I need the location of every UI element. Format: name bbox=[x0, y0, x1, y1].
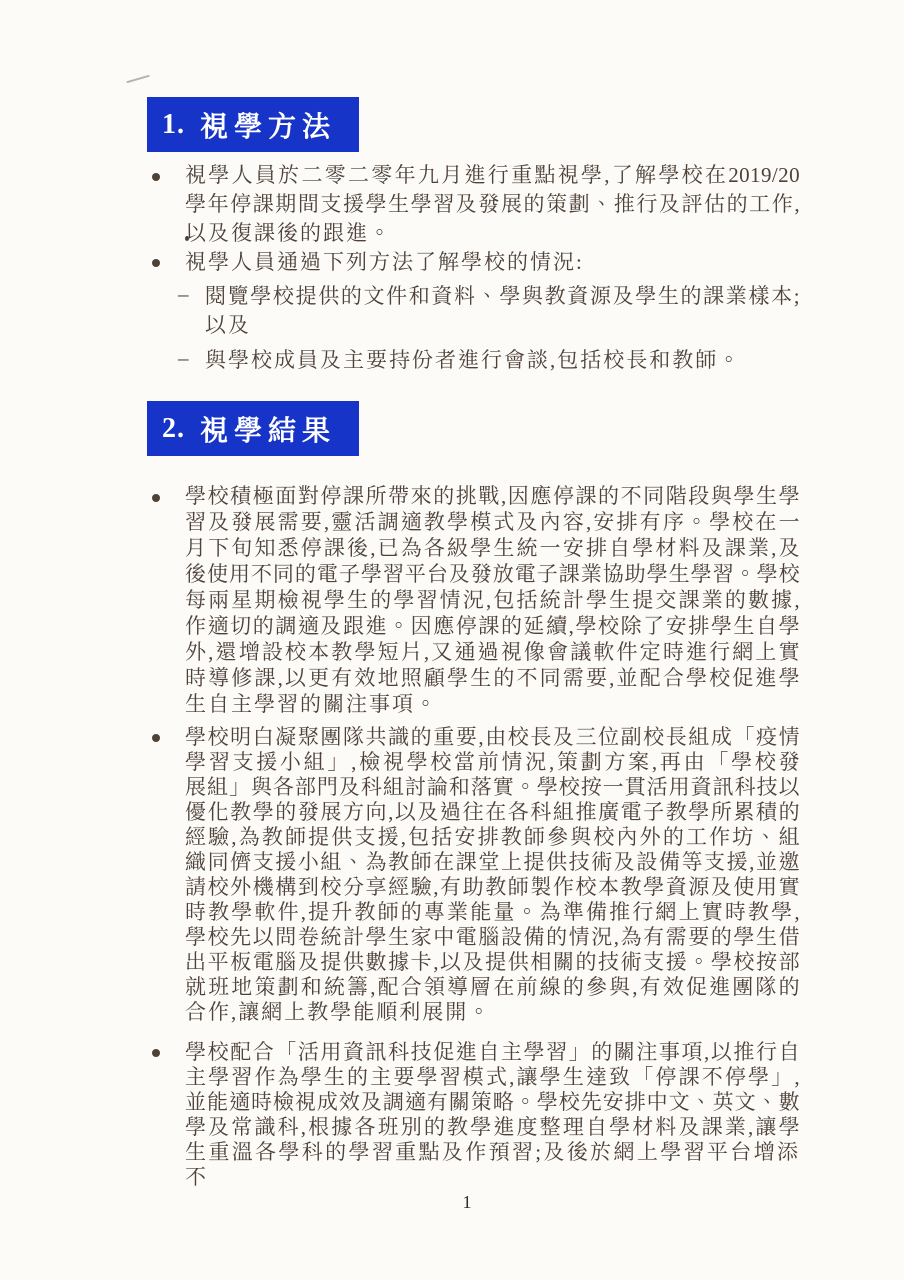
paragraph: 學校配合「活用資訊科技促進自主學習」的關注事項,以推行自主學習作為學生的主要學習… bbox=[185, 1040, 800, 1190]
text-line: 經驗,為教師提供支援,包括安排教師參與校內外的工作坊、組 bbox=[185, 825, 800, 850]
text-line: 後使用不同的電子學習平台及發放電子課業協助學生學習。學校 bbox=[185, 561, 800, 587]
bullet-item: 學校明白凝聚團隊共識的重要,由校長及三位副校長組成「疫情學習支援小組」,檢視學校… bbox=[150, 725, 904, 1025]
text-line: 視學人員通過下列方法了解學校的情況: bbox=[185, 248, 800, 277]
text-line: 學校明白凝聚團隊共識的重要,由校長及三位副校長組成「疫情 bbox=[185, 725, 800, 750]
text-line: 織同儕支援小組、為教師在課堂上提供技術及設備等支援,並邀 bbox=[185, 850, 800, 875]
text-line: 與學校成員及主要持份者進行會談,包括校長和教師。 bbox=[205, 346, 800, 375]
bullet-item: 學校積極面對停課所帶來的挑戰,因應停課的不同階段與學生學習及發展需要,靈活調適教… bbox=[150, 483, 904, 717]
bullet-item: 視學人員於二零二零年九月進行重點視學,了解學校在2019/20學年停課期間支援學… bbox=[150, 161, 904, 248]
text-line: 生重溫各學科的學習重點及作預習;及後於網上學習平台增添不 bbox=[185, 1140, 800, 1190]
paragraph: 學校積極面對停課所帶來的挑戰,因應停課的不同階段與學生學習及發展需要,靈活調適教… bbox=[185, 483, 800, 717]
paragraph: 視學人員於二零二零年九月進行重點視學,了解學校在2019/20學年停課期間支援學… bbox=[185, 161, 800, 248]
text-line: 習及發展需要,靈活調適教學模式及內容,安排有序。學校在一 bbox=[185, 509, 800, 535]
text-line: 每兩星期檢視學生的學習情況,包括統計學生提交課業的數據, bbox=[185, 587, 800, 613]
text-line: 月下旬知悉停課後,已為各級學生統一安排自學材料及課業,及 bbox=[185, 535, 800, 561]
bullet-dot-icon bbox=[150, 248, 185, 277]
section-title: 視學結果 bbox=[200, 409, 336, 449]
paragraph: 學校明白凝聚團隊共識的重要,由校長及三位副校長組成「疫情學習支援小組」,檢視學校… bbox=[185, 725, 800, 1025]
text-line: 學校積極面對停課所帶來的挑戰,因應停課的不同階段與學生學 bbox=[185, 483, 800, 509]
text-line: 作適切的調適及跟進。因應停課的延續,學校除了安排學生自學 bbox=[185, 613, 800, 639]
text-line: 學年停課期間支援學生學習及發展的策劃、推行及評估的工作, bbox=[185, 190, 800, 219]
text-line: 並能適時檢視成效及調適有關策略。學校先安排中文、英文、數 bbox=[185, 1090, 800, 1115]
text-line: 就班地策劃和統籌,配合領導層在前線的參與,有效促進團隊的 bbox=[185, 975, 800, 1000]
bullet-dot-icon bbox=[150, 483, 185, 717]
text-line: 學及常識科,根據各班別的教學進度整理自學材料及課業,讓學 bbox=[185, 1115, 800, 1140]
text-line: 時導修課,以更有效地照顧學生的不同需要,並配合學校促進學 bbox=[185, 665, 800, 691]
text-line: 出平板電腦及提供數據卡,以及提供相關的技術支援。學校按部 bbox=[185, 950, 800, 975]
dash-icon: – bbox=[178, 346, 205, 375]
section-number: 1. bbox=[162, 109, 185, 141]
text-line: 請校外機構到校分享經驗,有助教師製作校本教學資源及使用實 bbox=[185, 875, 800, 900]
bullet-dot-icon bbox=[150, 725, 185, 1025]
scan-artifact bbox=[185, 236, 189, 241]
text-line: 學校先以問卷統計學生家中電腦設備的情況,為有需要的學生借 bbox=[185, 925, 800, 950]
sub-bullet-item: –與學校成員及主要持份者進行會談,包括校長和教師。 bbox=[178, 346, 904, 375]
text-line: 展組」與各部門及科組討論和落實。學校按一貫活用資訊科技以 bbox=[185, 775, 800, 800]
scanned-document-page: 1.視學方法視學人員於二零二零年九月進行重點視學,了解學校在2019/20學年停… bbox=[0, 0, 904, 1280]
bullet-dot-icon bbox=[150, 1040, 185, 1190]
text-line: 時教學軟件,提升教師的專業能量。為準備推行網上實時教學, bbox=[185, 900, 800, 925]
text-line: 視學人員於二零二零年九月進行重點視學,了解學校在2019/20 bbox=[185, 161, 800, 190]
paragraph: 閱覽學校提供的文件和資料、學與教資源及學生的課業樣本;以及 bbox=[205, 282, 800, 340]
text-line: 以及 bbox=[205, 311, 800, 340]
dash-icon: – bbox=[178, 282, 205, 340]
section-number: 2. bbox=[162, 413, 185, 445]
bullet-item: 視學人員通過下列方法了解學校的情況: bbox=[150, 248, 904, 277]
paragraph: 視學人員通過下列方法了解學校的情況: bbox=[185, 248, 800, 277]
text-line: 學校配合「活用資訊科技促進自主學習」的關注事項,以推行自 bbox=[185, 1040, 800, 1065]
section-header: 1.視學方法 bbox=[147, 97, 359, 152]
text-line: 主學習作為學生的主要學習模式,讓學生達致「停課不停學」, bbox=[185, 1065, 800, 1090]
document-content: 1.視學方法視學人員於二零二零年九月進行重點視學,了解學校在2019/20學年停… bbox=[147, 97, 904, 1190]
section-title: 視學方法 bbox=[200, 105, 336, 145]
sub-bullet-item: –閱覽學校提供的文件和資料、學與教資源及學生的課業樣本;以及 bbox=[178, 282, 904, 340]
text-line: 學習支援小組」,檢視學校當前情況,策劃方案,再由「學校發 bbox=[185, 750, 800, 775]
text-line: 生自主學習的關注事項。 bbox=[185, 691, 800, 717]
text-line: 合作,讓網上教學能順利展開。 bbox=[185, 1000, 800, 1025]
bullet-item: 學校配合「活用資訊科技促進自主學習」的關注事項,以推行自主學習作為學生的主要學習… bbox=[150, 1040, 904, 1190]
text-line: 優化教學的發展方向,以及過往在各科組推廣電子教學所累積的 bbox=[185, 800, 800, 825]
paragraph: 與學校成員及主要持份者進行會談,包括校長和教師。 bbox=[205, 346, 800, 375]
text-line: 外,還增設校本教學短片,又通過視像會議軟件定時進行網上實 bbox=[185, 639, 800, 665]
text-line: 以及復課後的跟進。 bbox=[185, 219, 800, 248]
page-number: 1 bbox=[147, 1192, 787, 1213]
text-line: 閱覽學校提供的文件和資料、學與教資源及學生的課業樣本; bbox=[205, 282, 800, 311]
bullet-dot-icon bbox=[150, 161, 185, 248]
section-header: 2.視學結果 bbox=[147, 401, 359, 456]
scan-artifact bbox=[126, 75, 150, 84]
